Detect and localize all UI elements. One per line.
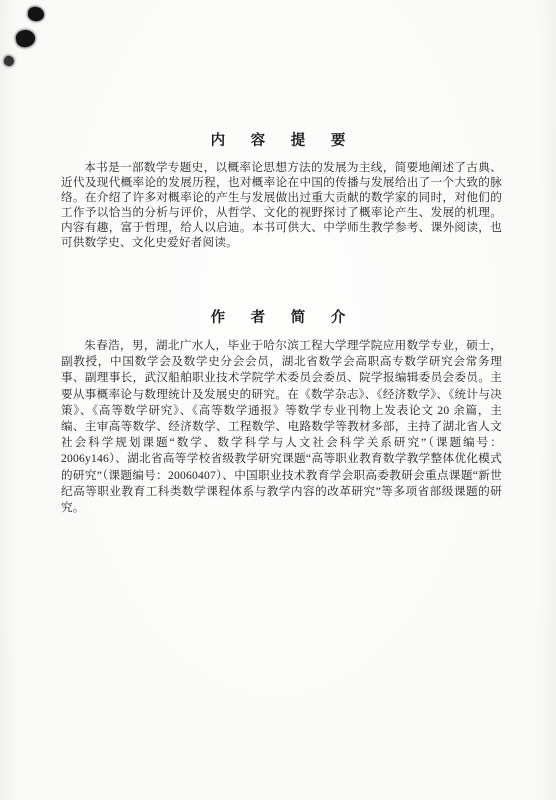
book-page: 内 容 提 要 本书是一部数学专题史，以概率论思想方法的发展为主线，简要地阐述了…	[0, 0, 556, 800]
ink-smudge	[3, 55, 16, 68]
ink-smudge	[14, 28, 36, 49]
content-summary-paragraph: 本书是一部数学专题史，以概率论思想方法的发展为主线，简要地阐述了古典、近代及现代…	[61, 161, 502, 250]
section-title-content-summary: 内 容 提 要	[0, 129, 556, 150]
section-title-author-bio: 作 者 简 介	[0, 306, 556, 327]
author-bio-section: 朱春浩，男，湖北广水人，毕业于哈尔滨工程大学理学院应用数学专业，硕士，副教授，中…	[61, 338, 502, 516]
author-bio-paragraph: 朱春浩，男，湖北广水人，毕业于哈尔滨工程大学理学院应用数学专业，硕士，副教授，中…	[61, 338, 502, 516]
ink-smudge	[27, 6, 45, 22]
content-summary-section: 本书是一部数学专题史，以概率论思想方法的发展为主线，简要地阐述了古典、近代及现代…	[61, 161, 502, 250]
